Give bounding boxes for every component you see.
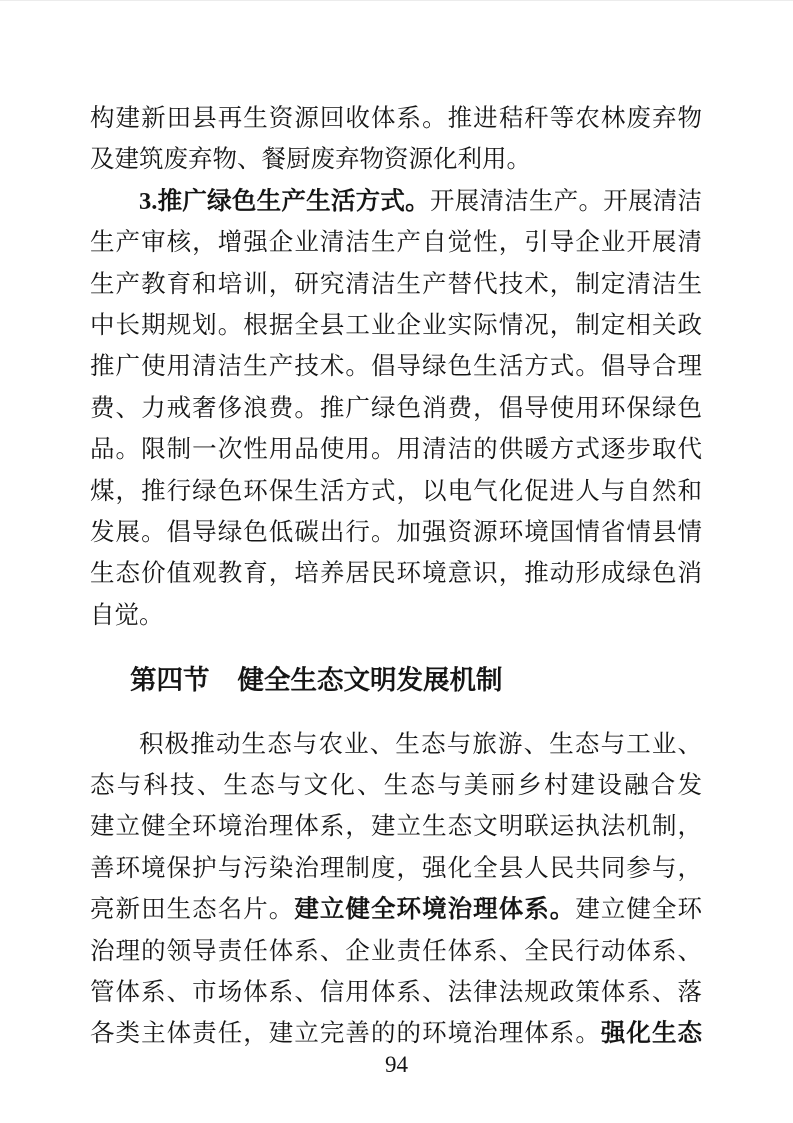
text-line: 各类主体责任，建立完善的的环境治理体系。强化生态文 xyxy=(90,1013,702,1054)
paragraph-green-production: 3.推广绿色生产生活方式。开展清洁生产。开展清洁 生产审核，增强企业清洁生产自觉… xyxy=(90,181,702,636)
page-number: 94 xyxy=(0,1051,793,1079)
text-line: 推广使用清洁生产技术。倡导绿色生活方式。倡导合理消 xyxy=(90,346,702,387)
text-run: 亮新田生态名片。 xyxy=(90,896,294,923)
text-line: 生产审核，增强企业清洁生产自觉性，引导企业开展清洁 xyxy=(90,222,702,263)
text-line: 费、力戒奢侈浪费。推广绿色消费，倡导使用环保绿色产 xyxy=(90,388,702,429)
text-line: 亮新田生态名片。建立健全环境治理体系。建立健全环境 xyxy=(90,889,702,930)
text-line: 煤，推行绿色环保生活方式，以电气化促进人与自然和谐 xyxy=(90,471,702,512)
bold-run: 3.推广绿色生产生活方式。 xyxy=(139,188,430,215)
paragraph-eco-mechanism: 积极推动生态与农业、生态与旅游、生态与工业、生 态与科技、生态与文化、生态与美丽… xyxy=(90,724,702,1055)
document-page: 构建新田县再生资源回收体系。推进秸秆等农林废弃物以 及建筑废弃物、餐厨废弃物资源… xyxy=(0,0,793,1123)
text-line: 善环境保护与污染治理制度，强化全县人民共同参与，擦 xyxy=(90,848,702,889)
text-line: 自觉。 xyxy=(90,595,702,636)
text-column: 构建新田县再生资源回收体系。推进秸秆等农林废弃物以 及建筑废弃物、餐厨废弃物资源… xyxy=(90,98,702,1055)
paragraph-recycling: 构建新田县再生资源回收体系。推进秸秆等农林废弃物以 及建筑废弃物、餐厨废弃物资源… xyxy=(90,98,702,181)
bold-run: 建立健全环境治理体系。 xyxy=(294,896,575,923)
section-heading-label: 第四节 xyxy=(130,665,210,695)
text-line: 3.推广绿色生产生活方式。开展清洁生产。开展清洁 xyxy=(90,181,702,222)
text-line: 治理的领导责任体系、企业责任体系、全民行动体系、监 xyxy=(90,931,702,972)
text-line: 生产教育和培训，研究清洁生产替代技术，制定清洁生产 xyxy=(90,264,702,305)
text-run: 各类主体责任，建立完善的的环境治理体系。 xyxy=(90,1020,601,1047)
text-line: 及建筑废弃物、餐厨废弃物资源化利用。 xyxy=(90,139,702,180)
text-line: 生态价值观教育，培养居民环境意识，推动形成绿色消费 xyxy=(90,553,702,594)
section-heading-title: 健全生态文明发展机制 xyxy=(238,665,503,695)
text-line: 品。限制一次性用品使用。用清洁的供暖方式逐步取代燃 xyxy=(90,429,702,470)
text-line: 积极推动生态与农业、生态与旅游、生态与工业、生 xyxy=(90,724,702,765)
section-heading: 第四节健全生态文明发展机制 xyxy=(90,660,702,702)
text-line: 态与科技、生态与文化、生态与美丽乡村建设融合发展。 xyxy=(90,765,702,806)
text-line: 发展。倡导绿色低碳出行。加强资源环境国情省情县情和 xyxy=(90,512,702,553)
text-run: 开展清洁生产。开展清洁 xyxy=(430,188,702,215)
text-line: 构建新田县再生资源回收体系。推进秸秆等农林废弃物以 xyxy=(90,98,702,139)
text-line: 管体系、市场体系、信用体系、法律法规政策体系、落实 xyxy=(90,972,702,1013)
text-line: 中长期规划。根据全县工业企业实际情况，制定相关政策， xyxy=(90,305,702,346)
text-line: 建立健全环境治理体系，建立生态文明联运执法机制，完 xyxy=(90,806,702,847)
